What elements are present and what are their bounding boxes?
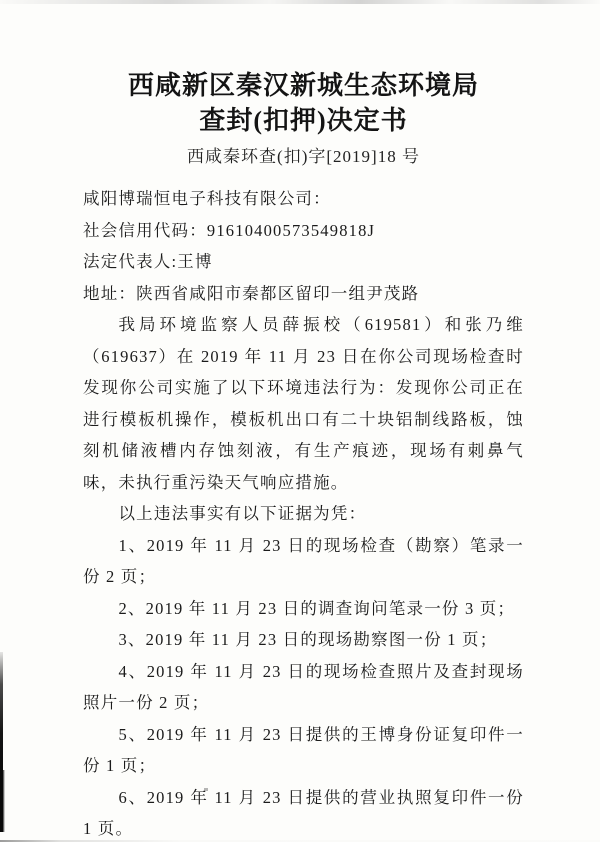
document-title-line2: 查封(扣押)决定书: [83, 103, 524, 138]
evidence-intro-line: 以上违法事实有以下证据为凭：: [83, 498, 524, 530]
document-number: 西咸秦环查(扣)字[2019]18 号: [83, 146, 524, 168]
recipient-line: 咸阳博瑞恒电子科技有限公司：: [83, 183, 524, 215]
scanned-document-page: 西咸新区秦汉新城生态环境局 查封(扣押)决定书 西咸秦环查(扣)字[2019]1…: [0, 0, 600, 842]
legal-representative-line: 法定代表人:王博: [83, 246, 524, 278]
evidence-item-6: 6、2019 年 11 月 23 日提供的营业执照复印件一份 1 页。: [83, 782, 524, 842]
credit-code-line: 社会信用代码：91610400573549818J: [83, 215, 524, 247]
violation-paragraph: 我局环境监察人员薛振校（619581）和张乃维（619637）在 2019 年 …: [83, 309, 524, 498]
evidence-item-4: 4、2019 年 11 月 23 日的现场检查照片及查封现场照片一份 2 页；: [83, 656, 524, 719]
evidence-item-5: 5、2019 年 11 月 23 日提供的王博身份证复印件一份 1 页；: [83, 719, 524, 782]
address-line: 地址：陕西省咸阳市秦都区留印一组尹茂路: [83, 278, 524, 310]
scan-left-edge-artifact-lower: [0, 770, 5, 832]
document-title-line1: 西咸新区秦汉新城生态环境局: [83, 68, 524, 103]
evidence-item-3: 3、2019 年 11 月 23 日的现场勘察图一份 1 页；: [83, 624, 524, 656]
evidence-item-2: 2、2019 年 11 月 23 日的调查询问笔录一份 3 页；: [83, 593, 524, 625]
document-content: 西咸新区秦汉新城生态环境局 查封(扣押)决定书 西咸秦环查(扣)字[2019]1…: [83, 68, 524, 842]
scan-top-edge-artifact: [0, 0, 600, 4]
document-body: 咸阳博瑞恒电子科技有限公司： 社会信用代码：91610400573549818J…: [83, 183, 524, 842]
evidence-item-1: 1、2019 年 11 月 23 日的现场检查（勘察）笔录一份 2 页；: [83, 530, 524, 593]
